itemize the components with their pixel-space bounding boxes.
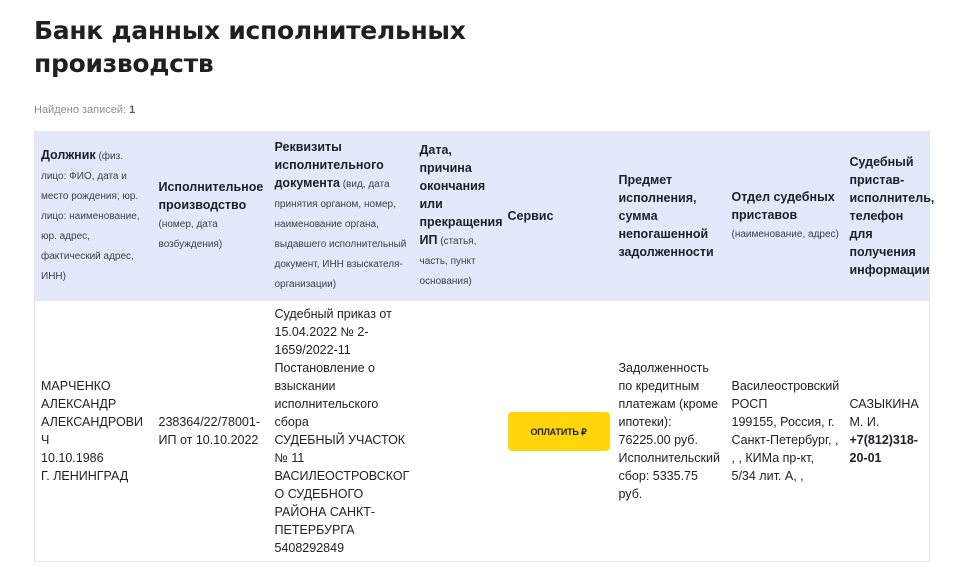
header-subtitle: (наименование, адрес) <box>732 229 839 240</box>
cell-subject: Задолженность по кредитным платежам (кро… <box>613 301 726 562</box>
header-service: Сервис <box>502 132 613 301</box>
cell-proceeding: 238364/22/78001-ИП от 10.10.2022 <box>153 301 269 562</box>
pay-button[interactable]: ОПЛАТИТЬ ₽ <box>508 412 610 451</box>
header-department: Отдел судебных приставов (наименование, … <box>726 132 844 301</box>
header-subtitle: (физ. лицо: ФИО, дата и место рождения; … <box>41 151 140 282</box>
header-title: Сервис <box>508 209 554 223</box>
header-title: Исполнительное производство <box>159 180 264 212</box>
bailiff-phone[interactable]: +7(812)318-20-01 <box>850 431 926 467</box>
header-subject: Предмет исполнения, сумма непогашенной з… <box>613 132 726 301</box>
header-bailiff: Судебный пристав-исполнитель, телефон дл… <box>844 132 930 301</box>
records-found-label: Найдено записей: <box>34 104 129 116</box>
table-row: МАРЧЕНКО АЛЕКСАНДР АЛЕКСАНДРОВИЧ 10.10.1… <box>35 301 930 562</box>
header-title: Дата, причина окончания или прекращения … <box>420 143 503 247</box>
records-found-count: 1 <box>129 104 135 116</box>
header-subtitle: (номер, дата возбуждения) <box>159 219 223 250</box>
proceedings-table: Должник (физ. лицо: ФИО, дата и место ро… <box>34 131 930 562</box>
header-end-reason: Дата, причина окончания или прекращения … <box>414 132 502 301</box>
cell-end-reason <box>414 301 502 562</box>
cell-department: Василеостровский РОСП 199155, Россия, г.… <box>726 301 844 562</box>
bailiff-name: САЗЫКИНА М. И. <box>850 395 926 431</box>
header-debtor: Должник (физ. лицо: ФИО, дата и место ро… <box>35 132 153 301</box>
cell-document: Судебный приказ от 15.04.2022 № 2-1659/2… <box>269 301 414 562</box>
cell-debtor: МАРЧЕНКО АЛЕКСАНДР АЛЕКСАНДРОВИЧ 10.10.1… <box>35 301 153 562</box>
records-found: Найдено записей: 1 <box>34 104 960 120</box>
cell-bailiff: САЗЫКИНА М. И. +7(812)318-20-01 <box>844 301 930 562</box>
header-document: Реквизиты исполнительного документа (вид… <box>269 132 414 301</box>
cell-service: ОПЛАТИТЬ ₽ <box>502 301 613 562</box>
page: Банк данных исполнительных производств Н… <box>0 0 960 120</box>
header-subtitle: (вид, дата принятия органом, номер, наим… <box>275 179 407 290</box>
header-title: Должник <box>41 148 96 162</box>
header-proceeding: Исполнительное производство (номер, дата… <box>153 132 269 301</box>
header-title: Судебный пристав-исполнитель, телефон дл… <box>850 155 935 277</box>
page-title: Банк данных исполнительных производств <box>34 0 514 80</box>
header-title: Предмет исполнения, сумма непогашенной з… <box>619 173 714 259</box>
table-header-row: Должник (физ. лицо: ФИО, дата и место ро… <box>35 132 930 301</box>
header-title: Отдел судебных приставов <box>732 190 835 222</box>
